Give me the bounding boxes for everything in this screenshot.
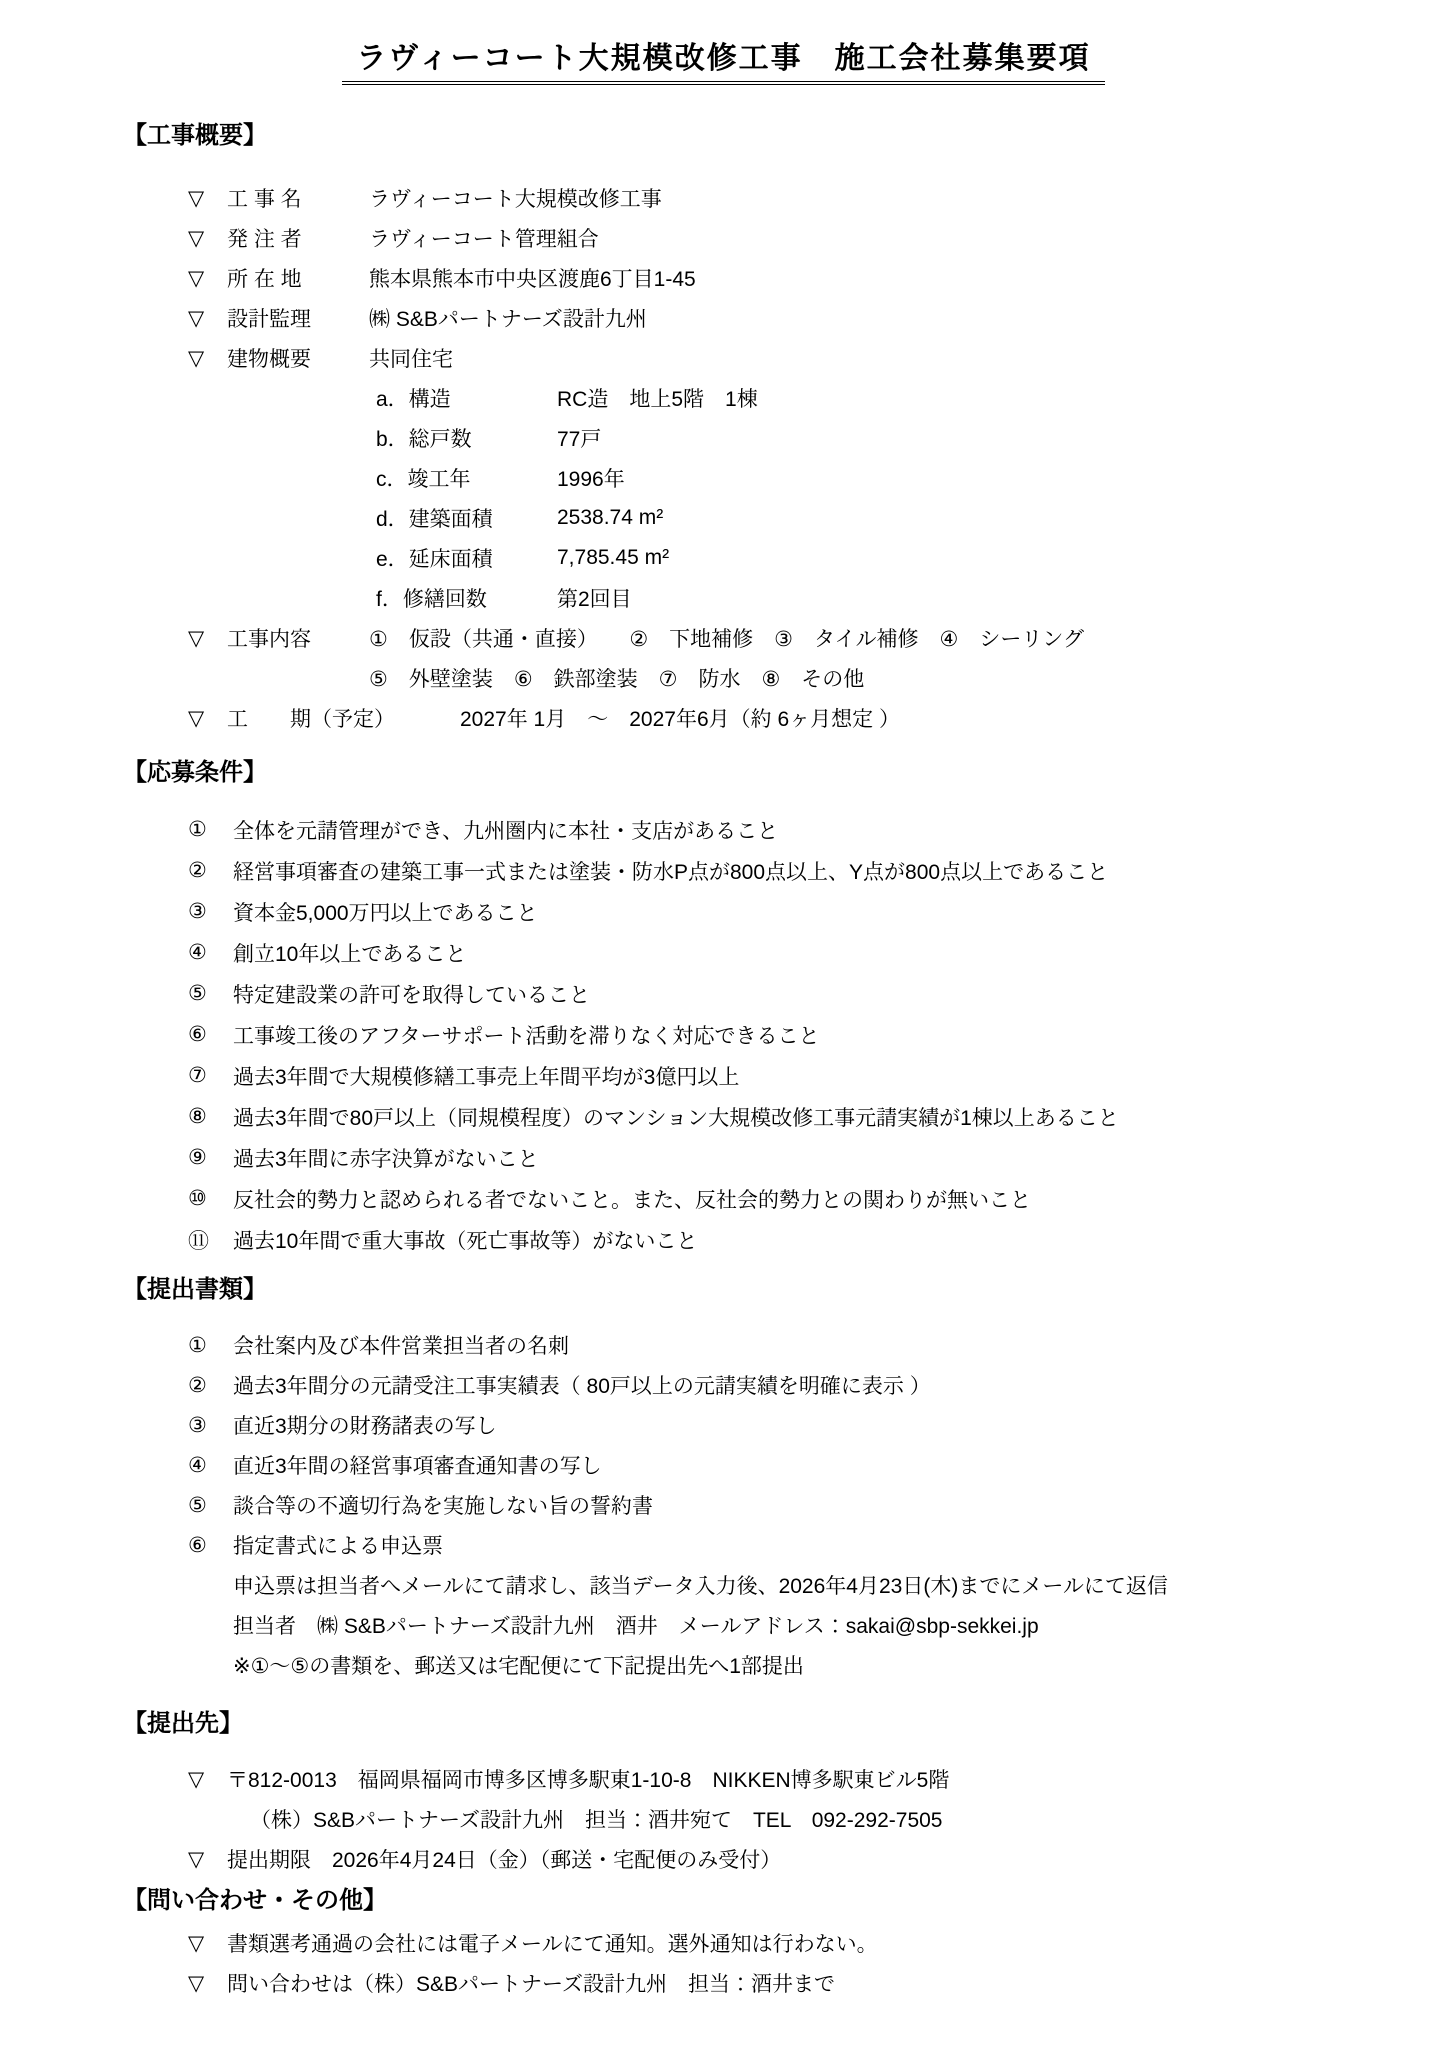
note-text: ※①～⑤の書類を、郵送又は宅配便にて下記提出先へ1部提出 (233, 1650, 804, 1680)
section-heading-inquiry: 【問い合わせ・その他】 (123, 1886, 1447, 1916)
destination-deadline: 提出期限 2026年4月24日（金）（郵送・宅配便のみ受付） (227, 1844, 781, 1874)
condition-item: ⑧ 過去3年間で80戸以上（同規模程度）のマンション大規模改修工事元請実績が1棟… (0, 1096, 1447, 1137)
item-number: ⑦ (188, 1063, 233, 1088)
item-text: 直近3年間の経営事項審査通知書の写し (233, 1450, 602, 1480)
documents-note-contact: 担当者 ㈱ S&Bパートナーズ設計九州 酒井 メールアドレス：sakai@sbp… (0, 1605, 1447, 1645)
item-text: 会社案内及び本件営業担当者の名刺 (233, 1330, 569, 1360)
documents-section: ① 会社案内及び本件営業担当者の名刺 ② 過去3年間分の元請受注工事実績表（ 8… (0, 1325, 1447, 1685)
field-value: ラヴィーコート大規模改修工事 (369, 183, 662, 213)
condition-item: ⑩ 反社会的勢力と認められる者でないこと。また、反社会的勢力との関わりが無いこと (0, 1178, 1447, 1219)
field-value: 熊本県熊本市中央区渡鹿6丁目1-45 (369, 263, 696, 293)
triangle-marker-icon: ▽ (188, 186, 227, 211)
inquiry-notice: 書類選考通過の会社には電子メールにて通知。選外通知は行わない。 (227, 1928, 878, 1958)
triangle-marker-icon: ▽ (188, 306, 227, 331)
item-number: ② (188, 1373, 233, 1398)
item-number: ⑧ (188, 1104, 233, 1129)
field-label: 所 在 地 (227, 263, 369, 293)
item-number: ⑤ (188, 1493, 233, 1518)
item-text: 過去10年間で重大事故（死亡事故等）がないこと (233, 1225, 697, 1255)
inquiry-contact-row: ▽ 問い合わせは（株）S&Bパートナーズ設計九州 担当：酒井まで (0, 1963, 1447, 2003)
item-text: 工事竣工後のアフターサポート活動を滞りなく対応できること (233, 1020, 820, 1050)
item-number: ④ (188, 1453, 233, 1478)
field-label: 発 注 者 (227, 223, 369, 253)
field-label: 工 事 名 (227, 183, 369, 213)
item-number: ④ (188, 940, 233, 965)
item-text: 直近3期分の財務諸表の写し (233, 1410, 497, 1440)
triangle-marker-icon: ▽ (188, 266, 227, 291)
document-item: ⑤ 談合等の不適切行為を実施しない旨の誓約書 (0, 1485, 1447, 1525)
overview-row-location: ▽ 所 在 地 熊本県熊本市中央区渡鹿6丁目1-45 (0, 258, 1447, 298)
item-text: 指定書式による申込票 (233, 1530, 443, 1560)
item-text: 談合等の不適切行為を実施しない旨の誓約書 (233, 1490, 653, 1520)
sub-field-value: 77戸 (557, 423, 601, 453)
item-text: 創立10年以上であること (233, 938, 466, 968)
item-number: ① (188, 1333, 233, 1358)
sub-field-value: 7,785.45 m² (557, 546, 669, 570)
note-text: 申込票は担当者へメールにて請求し、該当データ入力後、2026年4月23日(木)ま… (233, 1570, 1168, 1600)
title-block: ラヴィーコート大規模改修工事 施工会社募集要項 (0, 0, 1447, 85)
triangle-marker-icon: ▽ (188, 1971, 227, 1996)
work-scope-line2: ⑤ 外壁塗装 ⑥ 鉄部塗装 ⑦ 防水 ⑧ その他 (369, 663, 864, 693)
sub-field-value: 第2回目 (557, 583, 632, 613)
triangle-marker-icon: ▽ (188, 1847, 227, 1872)
sub-field-label: b．総戸数 (376, 423, 557, 453)
item-number: ③ (188, 1413, 233, 1438)
item-text: 過去3年間で80戸以上（同規模程度）のマンション大規模改修工事元請実績が1棟以上… (233, 1102, 1119, 1132)
item-text: 過去3年間に赤字決算がないこと (233, 1143, 539, 1173)
overview-section: ▽ 工 事 名 ラヴィーコート大規模改修工事 ▽ 発 注 者 ラヴィーコート管理… (0, 178, 1447, 738)
item-number: ⑨ (188, 1145, 233, 1170)
documents-note-submission: ※①～⑤の書類を、郵送又は宅配便にて下記提出先へ1部提出 (0, 1645, 1447, 1685)
building-row-units: b．総戸数 77戸 (0, 418, 1447, 458)
item-text: 過去3年間で大規模修繕工事売上年間平均が3億円以上 (233, 1061, 739, 1091)
item-number: ⑤ (188, 981, 233, 1006)
document-item: ④ 直近3年間の経営事項審査通知書の写し (0, 1445, 1447, 1485)
item-text: 資本金5,000万円以上であること (233, 897, 538, 927)
destination-address: 〒812-0013 福岡県福岡市博多区博多駅東1-10-8 NIKKEN博多駅東… (227, 1764, 949, 1794)
triangle-marker-icon: ▽ (188, 1931, 227, 1956)
conditions-section: ① 全体を元請管理ができ、九州圏内に本社・支店があること ② 経営事項審査の建築… (0, 809, 1447, 1260)
inquiry-notice-row: ▽ 書類選考通過の会社には電子メールにて通知。選外通知は行わない。 (0, 1923, 1447, 1963)
field-label: 建物概要 (227, 343, 369, 373)
building-row-floor-area: e．延床面積 7,785.45 m² (0, 538, 1447, 578)
work-scope-line1: ① 仮設（共通・直接） ② 下地補修 ③ タイル補修 ④ シーリング (369, 623, 1084, 653)
sub-field-value: 2538.74 m² (557, 506, 663, 530)
triangle-marker-icon: ▽ (188, 626, 227, 651)
condition-item: ④ 創立10年以上であること (0, 932, 1447, 973)
sub-field-label: d．建築面積 (376, 503, 557, 533)
destination-company-row: （株）S&Bパートナーズ設計九州 担当：酒井宛て TEL 092-292-750… (0, 1799, 1447, 1839)
document-item: ② 過去3年間分の元請受注工事実績表（ 80戸以上の元請実績を明確に表示 ） (0, 1365, 1447, 1405)
building-row-structure: a．構造 RC造 地上5階 1棟 (0, 378, 1447, 418)
overview-row-building-outline: ▽ 建物概要 共同住宅 (0, 338, 1447, 378)
overview-row-period: ▽ 工 期（予定） 2027年 1月 ～ 2027年6月（約 6ヶ月想定 ） (0, 698, 1447, 738)
field-label: 工 期（予定） (227, 703, 460, 733)
sub-field-value: 1996年 (557, 463, 625, 493)
triangle-marker-icon: ▽ (188, 1767, 227, 1792)
sub-field-label: a．構造 (376, 383, 557, 413)
overview-row-project-name: ▽ 工 事 名 ラヴィーコート大規模改修工事 (0, 178, 1447, 218)
section-heading-destination: 【提出先】 (123, 1709, 1447, 1739)
condition-item: ⑦ 過去3年間で大規模修繕工事売上年間平均が3億円以上 (0, 1055, 1447, 1096)
condition-item: ③ 資本金5,000万円以上であること (0, 891, 1447, 932)
item-number: ⑪ (188, 1225, 233, 1255)
item-number: ② (188, 858, 233, 883)
item-text: 反社会的勢力と認められる者でないこと。また、反社会的勢力との関わりが無いこと (233, 1184, 1031, 1214)
condition-item: ⑤ 特定建設業の許可を取得していること (0, 973, 1447, 1014)
field-value: 2027年 1月 ～ 2027年6月（約 6ヶ月想定 ） (460, 703, 900, 733)
field-value: 共同住宅 (369, 343, 453, 373)
document-item: ① 会社案内及び本件営業担当者の名刺 (0, 1325, 1447, 1365)
section-heading-overview: 【工事概要】 (123, 121, 1447, 151)
note-text: 担当者 ㈱ S&Bパートナーズ設計九州 酒井 メールアドレス：sakai@sbp… (233, 1610, 1039, 1640)
condition-item: ⑥ 工事竣工後のアフターサポート活動を滞りなく対応できること (0, 1014, 1447, 1055)
field-value: ラヴィーコート管理組合 (369, 223, 599, 253)
overview-row-design-supervision: ▽ 設計監理 ㈱ S&Bパートナーズ設計九州 (0, 298, 1447, 338)
item-text: 全体を元請管理ができ、九州圏内に本社・支店があること (233, 815, 778, 845)
overview-row-work-scope-cont: ⑤ 外壁塗装 ⑥ 鉄部塗装 ⑦ 防水 ⑧ その他 (0, 658, 1447, 698)
item-number: ⑩ (188, 1186, 233, 1211)
condition-item: ⑨ 過去3年間に赤字決算がないこと (0, 1137, 1447, 1178)
documents-note-request: 申込票は担当者へメールにて請求し、該当データ入力後、2026年4月23日(木)ま… (0, 1565, 1447, 1605)
overview-row-client: ▽ 発 注 者 ラヴィーコート管理組合 (0, 218, 1447, 258)
document-item: ⑥ 指定書式による申込票 (0, 1525, 1447, 1565)
sub-field-label: e．延床面積 (376, 543, 557, 573)
sub-field-label: f．修繕回数 (376, 583, 557, 613)
destination-deadline-row: ▽ 提出期限 2026年4月24日（金）（郵送・宅配便のみ受付） (0, 1839, 1447, 1879)
condition-item: ⑪ 過去10年間で重大事故（死亡事故等）がないこと (0, 1219, 1447, 1260)
section-heading-conditions: 【応募条件】 (123, 758, 1447, 788)
triangle-marker-icon: ▽ (188, 706, 227, 731)
destination-section: ▽ 〒812-0013 福岡県福岡市博多区博多駅東1-10-8 NIKKEN博多… (0, 1759, 1447, 1879)
section-heading-documents: 【提出書類】 (123, 1275, 1447, 1305)
field-value: ㈱ S&Bパートナーズ設計九州 (369, 303, 647, 333)
item-text: 特定建設業の許可を取得していること (233, 979, 590, 1009)
sub-field-label: c．竣工年 (376, 463, 557, 493)
field-label: 設計監理 (227, 303, 369, 333)
item-number: ⑥ (188, 1533, 233, 1558)
destination-company: （株）S&Bパートナーズ設計九州 担当：酒井宛て TEL 092-292-750… (250, 1804, 942, 1834)
condition-item: ① 全体を元請管理ができ、九州圏内に本社・支店があること (0, 809, 1447, 850)
document-item: ③ 直近3期分の財務諸表の写し (0, 1405, 1447, 1445)
item-text: 過去3年間分の元請受注工事実績表（ 80戸以上の元請実績を明確に表示 ） (233, 1370, 931, 1400)
item-text: 経営事項審査の建築工事一式または塗装・防水P点が800点以上、Y点が800点以上… (233, 856, 1108, 886)
inquiry-section: ▽ 書類選考通過の会社には電子メールにて通知。選外通知は行わない。 ▽ 問い合わ… (0, 1923, 1447, 2003)
building-row-completion-year: c．竣工年 1996年 (0, 458, 1447, 498)
triangle-marker-icon: ▽ (188, 346, 227, 371)
triangle-marker-icon: ▽ (188, 226, 227, 251)
overview-row-work-scope: ▽ 工事内容 ① 仮設（共通・直接） ② 下地補修 ③ タイル補修 ④ シーリン… (0, 618, 1447, 658)
item-number: ⑥ (188, 1022, 233, 1047)
building-row-building-area: d．建築面積 2538.74 m² (0, 498, 1447, 538)
inquiry-contact: 問い合わせは（株）S&Bパートナーズ設計九州 担当：酒井まで (227, 1968, 835, 1998)
sub-field-value: RC造 地上5階 1棟 (557, 383, 758, 413)
item-number: ③ (188, 899, 233, 924)
page-title: ラヴィーコート大規模改修工事 施工会社募集要項 (342, 42, 1104, 85)
building-row-repair-count: f．修繕回数 第2回目 (0, 578, 1447, 618)
destination-address-row: ▽ 〒812-0013 福岡県福岡市博多区博多駅東1-10-8 NIKKEN博多… (0, 1759, 1447, 1799)
field-label: 工事内容 (227, 623, 369, 653)
condition-item: ② 経営事項審査の建築工事一式または塗装・防水P点が800点以上、Y点が800点… (0, 850, 1447, 891)
document-page: ラヴィーコート大規模改修工事 施工会社募集要項 【工事概要】 ▽ 工 事 名 ラ… (0, 0, 1447, 2047)
item-number: ① (188, 817, 233, 842)
